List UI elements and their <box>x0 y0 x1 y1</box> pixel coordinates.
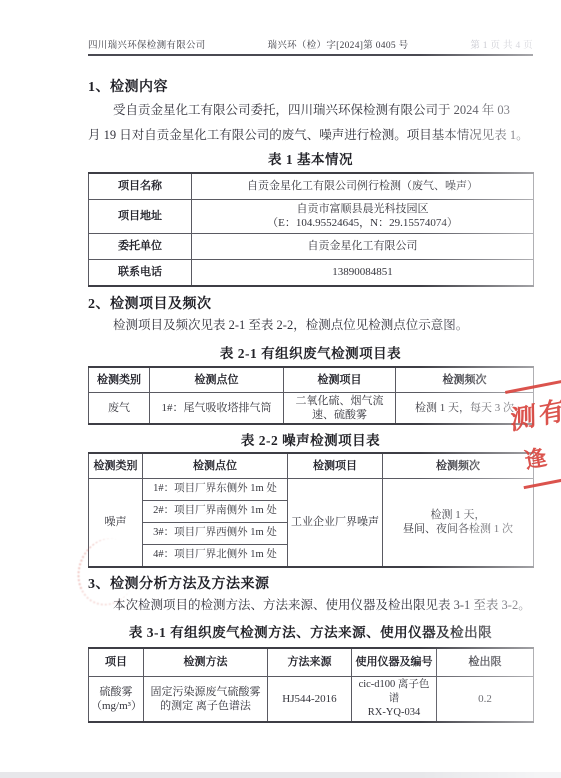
table22-point-4: 4#：项目厂界北侧外 1m 处 <box>143 544 288 567</box>
table1-value: 自贡金星化工有限公司 <box>192 233 534 259</box>
table1-label: 项目地址 <box>89 199 192 233</box>
table31-title: 表 3-1 有组织废气检测方法、方法来源、使用仪器及检出限 <box>88 621 533 641</box>
table22-point-1: 1#：项目厂界东侧外 1m 处 <box>143 478 288 500</box>
table1-value: 自贡金星化工有限公司例行检测（废气、噪声） <box>192 173 534 199</box>
table31-instrument: cic-d100 离子色谱 RX-YQ-034 <box>352 676 437 722</box>
table21-gas-items: 检测类别 检测点位 检测项目 检测频次 废气 1#：尾气吸收塔排气筒 二氧化硫、… <box>88 366 534 425</box>
table22-point-2: 2#：项目厂界南侧外 1m 处 <box>143 500 288 522</box>
section1-paragraph-line2: 月 19 日对自贡金星化工有限公司的废气、噪声进行检测。项目基本情况见表 1。 <box>88 123 536 148</box>
table21-header: 检测点位 <box>150 367 284 392</box>
section3-heading: 3、检测分析方法及方法来源 <box>88 573 533 593</box>
table22-header: 检测频次 <box>383 453 534 478</box>
table22-frequency-line2: 昼间、夜间各检测 1 次 <box>385 522 531 536</box>
header-page-info: 第 1 页 共 4 页 <box>470 37 533 51</box>
page-header: 四川瑞兴环保检测有限公司 瑞兴环（检）字[2024]第 0405 号 第 1 页… <box>88 36 533 56</box>
table31-limit: 0.2 <box>437 676 534 722</box>
table22-item: 工业企业厂界噪声 <box>288 478 383 567</box>
header-doc-number: 瑞兴环（检）字[2024]第 0405 号 <box>268 37 409 51</box>
table31-instrument-line2: RX-YQ-034 <box>354 706 434 720</box>
section1-heading: 1、检测内容 <box>88 76 533 96</box>
table22-frequency-line1: 检测 1 天， <box>385 508 531 522</box>
table21-header: 检测频次 <box>396 367 534 392</box>
table1-value: 13890084851 <box>192 259 534 286</box>
table1-label: 联系电话 <box>89 259 192 286</box>
table1-label: 委托单位 <box>89 233 192 259</box>
table21-header: 检测项目 <box>284 367 396 392</box>
table31-header: 检测方法 <box>144 648 268 676</box>
table31-method: 固定污染源废气硫酸雾的测定 离子色谱法 <box>144 676 268 722</box>
table1-value: 自贡市富顺县晨光科技园区 （E：104.95524645，N：29.155740… <box>192 199 534 233</box>
section3-paragraph: 本次检测项目的检测方法、方法来源、使用仪器及检出限见表 3-1 至表 3-2。 <box>88 593 536 618</box>
table31-item: 硫酸雾 （mg/m³） <box>89 676 144 722</box>
seal-char-left: 逢 <box>522 441 550 476</box>
table31-instrument-line1: cic-d100 离子色谱 <box>354 678 434 706</box>
section2-paragraph: 检测项目及频次见表 2-1 至表 2-2，检测点位见检测点位示意图。 <box>88 313 536 338</box>
table31-header: 项目 <box>89 648 144 676</box>
section1-paragraph-line1: 受自贡金星化工有限公司委托，四川瑞兴环保检测有限公司于 2024 年 03 <box>88 98 536 123</box>
table21-category: 废气 <box>89 392 150 424</box>
table1-label: 项目名称 <box>89 173 192 199</box>
section2-paragraph-line: 检测项目及频次见表 2-1 至表 2-2，检测点位见检测点位示意图。 <box>88 313 536 338</box>
table1-address-line1: 自贡市富顺县晨光科技园区 <box>194 202 531 216</box>
table31-item-line1: 硫酸雾 <box>91 685 141 699</box>
table31-header: 检出限 <box>437 648 534 676</box>
table21-title: 表 2-1 有组织废气检测项目表 <box>88 342 533 362</box>
header-company: 四川瑞兴环保检测有限公司 <box>88 37 206 51</box>
section3-paragraph-line: 本次检测项目的检测方法、方法来源、使用仪器及检出限见表 3-1 至表 3-2。 <box>88 593 536 618</box>
table22-point-3: 3#：项目厂界西侧外 1m 处 <box>143 522 288 544</box>
page-edge-shadow <box>0 772 561 778</box>
table21-item: 二氧化硫、烟气流速、硫酸雾 <box>284 392 396 424</box>
table22-header: 检测类别 <box>89 453 143 478</box>
table22-title: 表 2-2 噪声检测项目表 <box>88 429 533 449</box>
table31-source: HJ544-2016 <box>268 676 352 722</box>
table1-basic-info: 项目名称 自贡金星化工有限公司例行检测（废气、噪声） 项目地址 自贡市富顺县晨光… <box>88 172 534 287</box>
table1-address-line2: （E：104.95524645，N：29.15574074） <box>194 216 531 230</box>
table21-point: 1#：尾气吸收塔排气筒 <box>150 392 284 424</box>
table31-header: 使用仪器及编号 <box>352 648 437 676</box>
table22-frequency: 检测 1 天， 昼间、夜间各检测 1 次 <box>383 478 534 567</box>
report-page: 四川瑞兴环保检测有限公司 瑞兴环（检）字[2024]第 0405 号 第 1 页… <box>0 0 561 778</box>
table22-header: 检测点位 <box>143 453 288 478</box>
section2-heading: 2、检测项目及频次 <box>88 293 533 313</box>
table31-methods: 项目 检测方法 方法来源 使用仪器及编号 检出限 硫酸雾 （mg/m³） 固定污… <box>88 647 534 723</box>
table31-item-line2: （mg/m³） <box>91 699 141 713</box>
table21-header: 检测类别 <box>89 367 150 392</box>
table22-noise-items: 检测类别 检测点位 检测项目 检测频次 噪声 1#：项目厂界东侧外 1m 处 工… <box>88 452 534 568</box>
table31-header: 方法来源 <box>268 648 352 676</box>
table22-header: 检测项目 <box>288 453 383 478</box>
table1-title: 表 1 基本情况 <box>88 148 533 168</box>
section1-paragraph: 受自贡金星化工有限公司委托，四川瑞兴环保检测有限公司于 2024 年 03 月 … <box>88 98 536 148</box>
